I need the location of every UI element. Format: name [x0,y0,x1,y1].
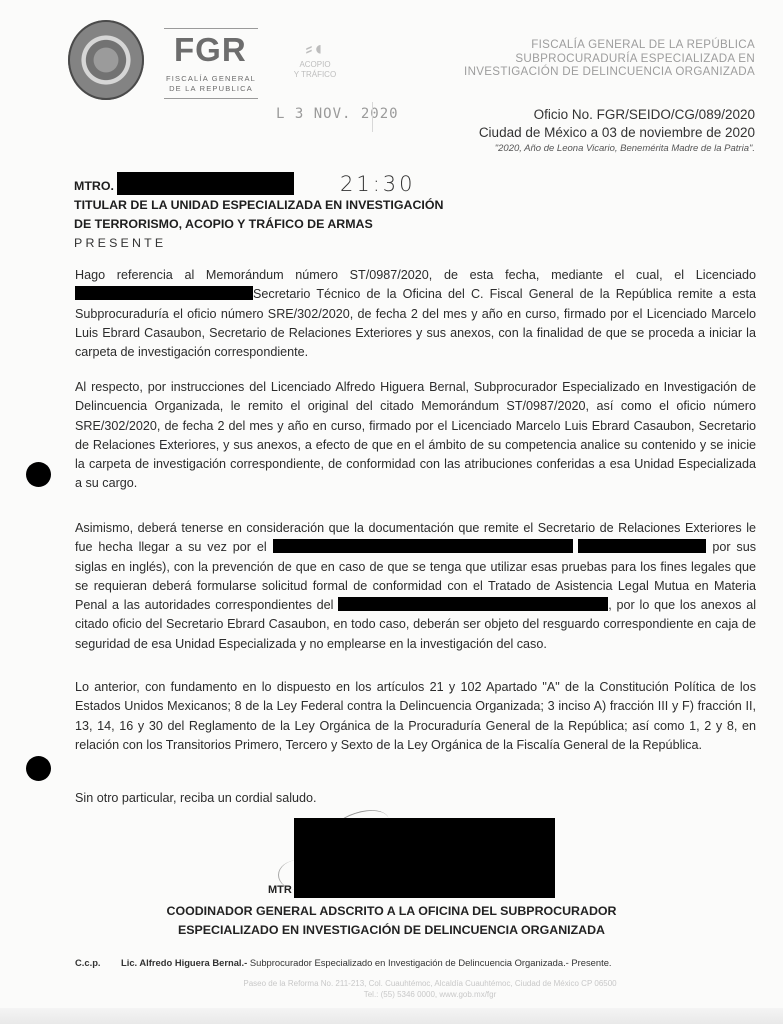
page-bottom-shadow [0,1008,783,1024]
hole-punch-bottom [26,756,51,781]
national-seal-ring [68,20,144,100]
received-stamp: ⸗◖ ACOPIO Y TRÁFICO [280,38,350,98]
year-motto: "2020, Año de Leona Vicario, Benemérita … [479,142,755,156]
footer-address: Paseo de la Reforma No. 211-213, Col. Cu… [150,978,710,1000]
ccp-line: C.c.p.Lic. Alfredo Higuera Bernal.- Subp… [75,957,612,968]
place-date: Ciudad de México a 03 de noviembre de 20… [479,124,755,142]
redaction-signer-name [294,818,555,898]
signer-title: COODINADOR GENERAL ADSCRITO A LA OFICINA… [0,902,783,940]
reference-block: Oficio No. FGR/SEIDO/CG/089/2020 Ciudad … [479,106,755,156]
logo-subtitle-2: DE LA REPUBLICA [164,84,258,93]
oficio-number: Oficio No. FGR/SEIDO/CG/089/2020 [479,106,755,124]
stamp-line-1: ACOPIO [280,60,350,70]
stamp-line-2: Y TRÁFICO [280,70,350,80]
paragraph-1-part-a: Hago referencia al Memorándum número ST/… [75,268,756,282]
paragraph-1: Hago referencia al Memorándum número ST/… [75,266,756,362]
addressee-prefix: MTRO. [74,179,114,193]
paragraph-2: Al respecto, por instrucciones del Licen… [75,378,756,494]
redaction-agency-acronym [578,539,706,553]
stamp-divider [372,102,373,132]
redaction-country-name [338,597,608,611]
signer-title-2: ESPECIALIZADO EN INVESTIGACIÓN DE DELINC… [0,921,783,940]
paragraph-4: Lo anterior, con fundamento en lo dispue… [75,678,756,755]
logo-subtitle-1: FISCALÍA GENERAL [164,74,258,83]
handwritten-time: 21:30 [340,172,416,196]
agency-line-2: SUBPROCURADURÍA ESPECIALIZADA EN [464,52,755,66]
paragraph-3: Asimismo, deberá tenerse en consideració… [75,519,756,654]
logo-rule-top [164,28,258,29]
closing-line: Sin otro particular, reciba un cordial s… [75,789,756,808]
ccp-name: Lic. Alfredo Higuera Bernal.- [121,957,247,968]
ccp-text: Subprocurador Especializado en Investiga… [250,957,612,968]
addressee-title-2: DE TERRORISMO, ACOPIO Y TRÁFICO DE ARMAS [74,215,443,234]
agency-line-3: INVESTIGACIÓN DE DELINCUENCIA ORGANIZADA [464,65,755,79]
logo-title: FGR [174,31,247,69]
footer-line-1: Paseo de la Reforma No. 211-213, Col. Cu… [150,978,710,989]
agency-line-1: FISCALÍA GENERAL DE LA REPÚBLICA [464,38,755,52]
ccp-label: C.c.p. [75,957,121,968]
redaction-licenciado-name [75,286,253,300]
stamp-date: L 3 NOV. 2020 [276,106,399,122]
presente-label: PRESENTE [74,234,443,253]
fgr-logo: FGR FISCALÍA GENERAL DE LA REPUBLICA [164,28,258,100]
signer-prefix: MTR [268,884,292,896]
redaction-addressee-name [117,172,294,195]
hole-punch-top [26,462,51,487]
addressee-title-1: TITULAR DE LA UNIDAD ESPECIALIZADA EN IN… [74,196,443,215]
logo-rule-bottom [164,98,258,99]
agency-header: FISCALÍA GENERAL DE LA REPÚBLICA SUBPROC… [464,38,755,79]
footer-line-2: Tel.: (55) 5346 0000, www.gob.mx/fgr [150,989,710,1000]
redaction-agency-name [273,539,573,553]
signer-title-1: COODINADOR GENERAL ADSCRITO A LA OFICINA… [0,902,783,921]
